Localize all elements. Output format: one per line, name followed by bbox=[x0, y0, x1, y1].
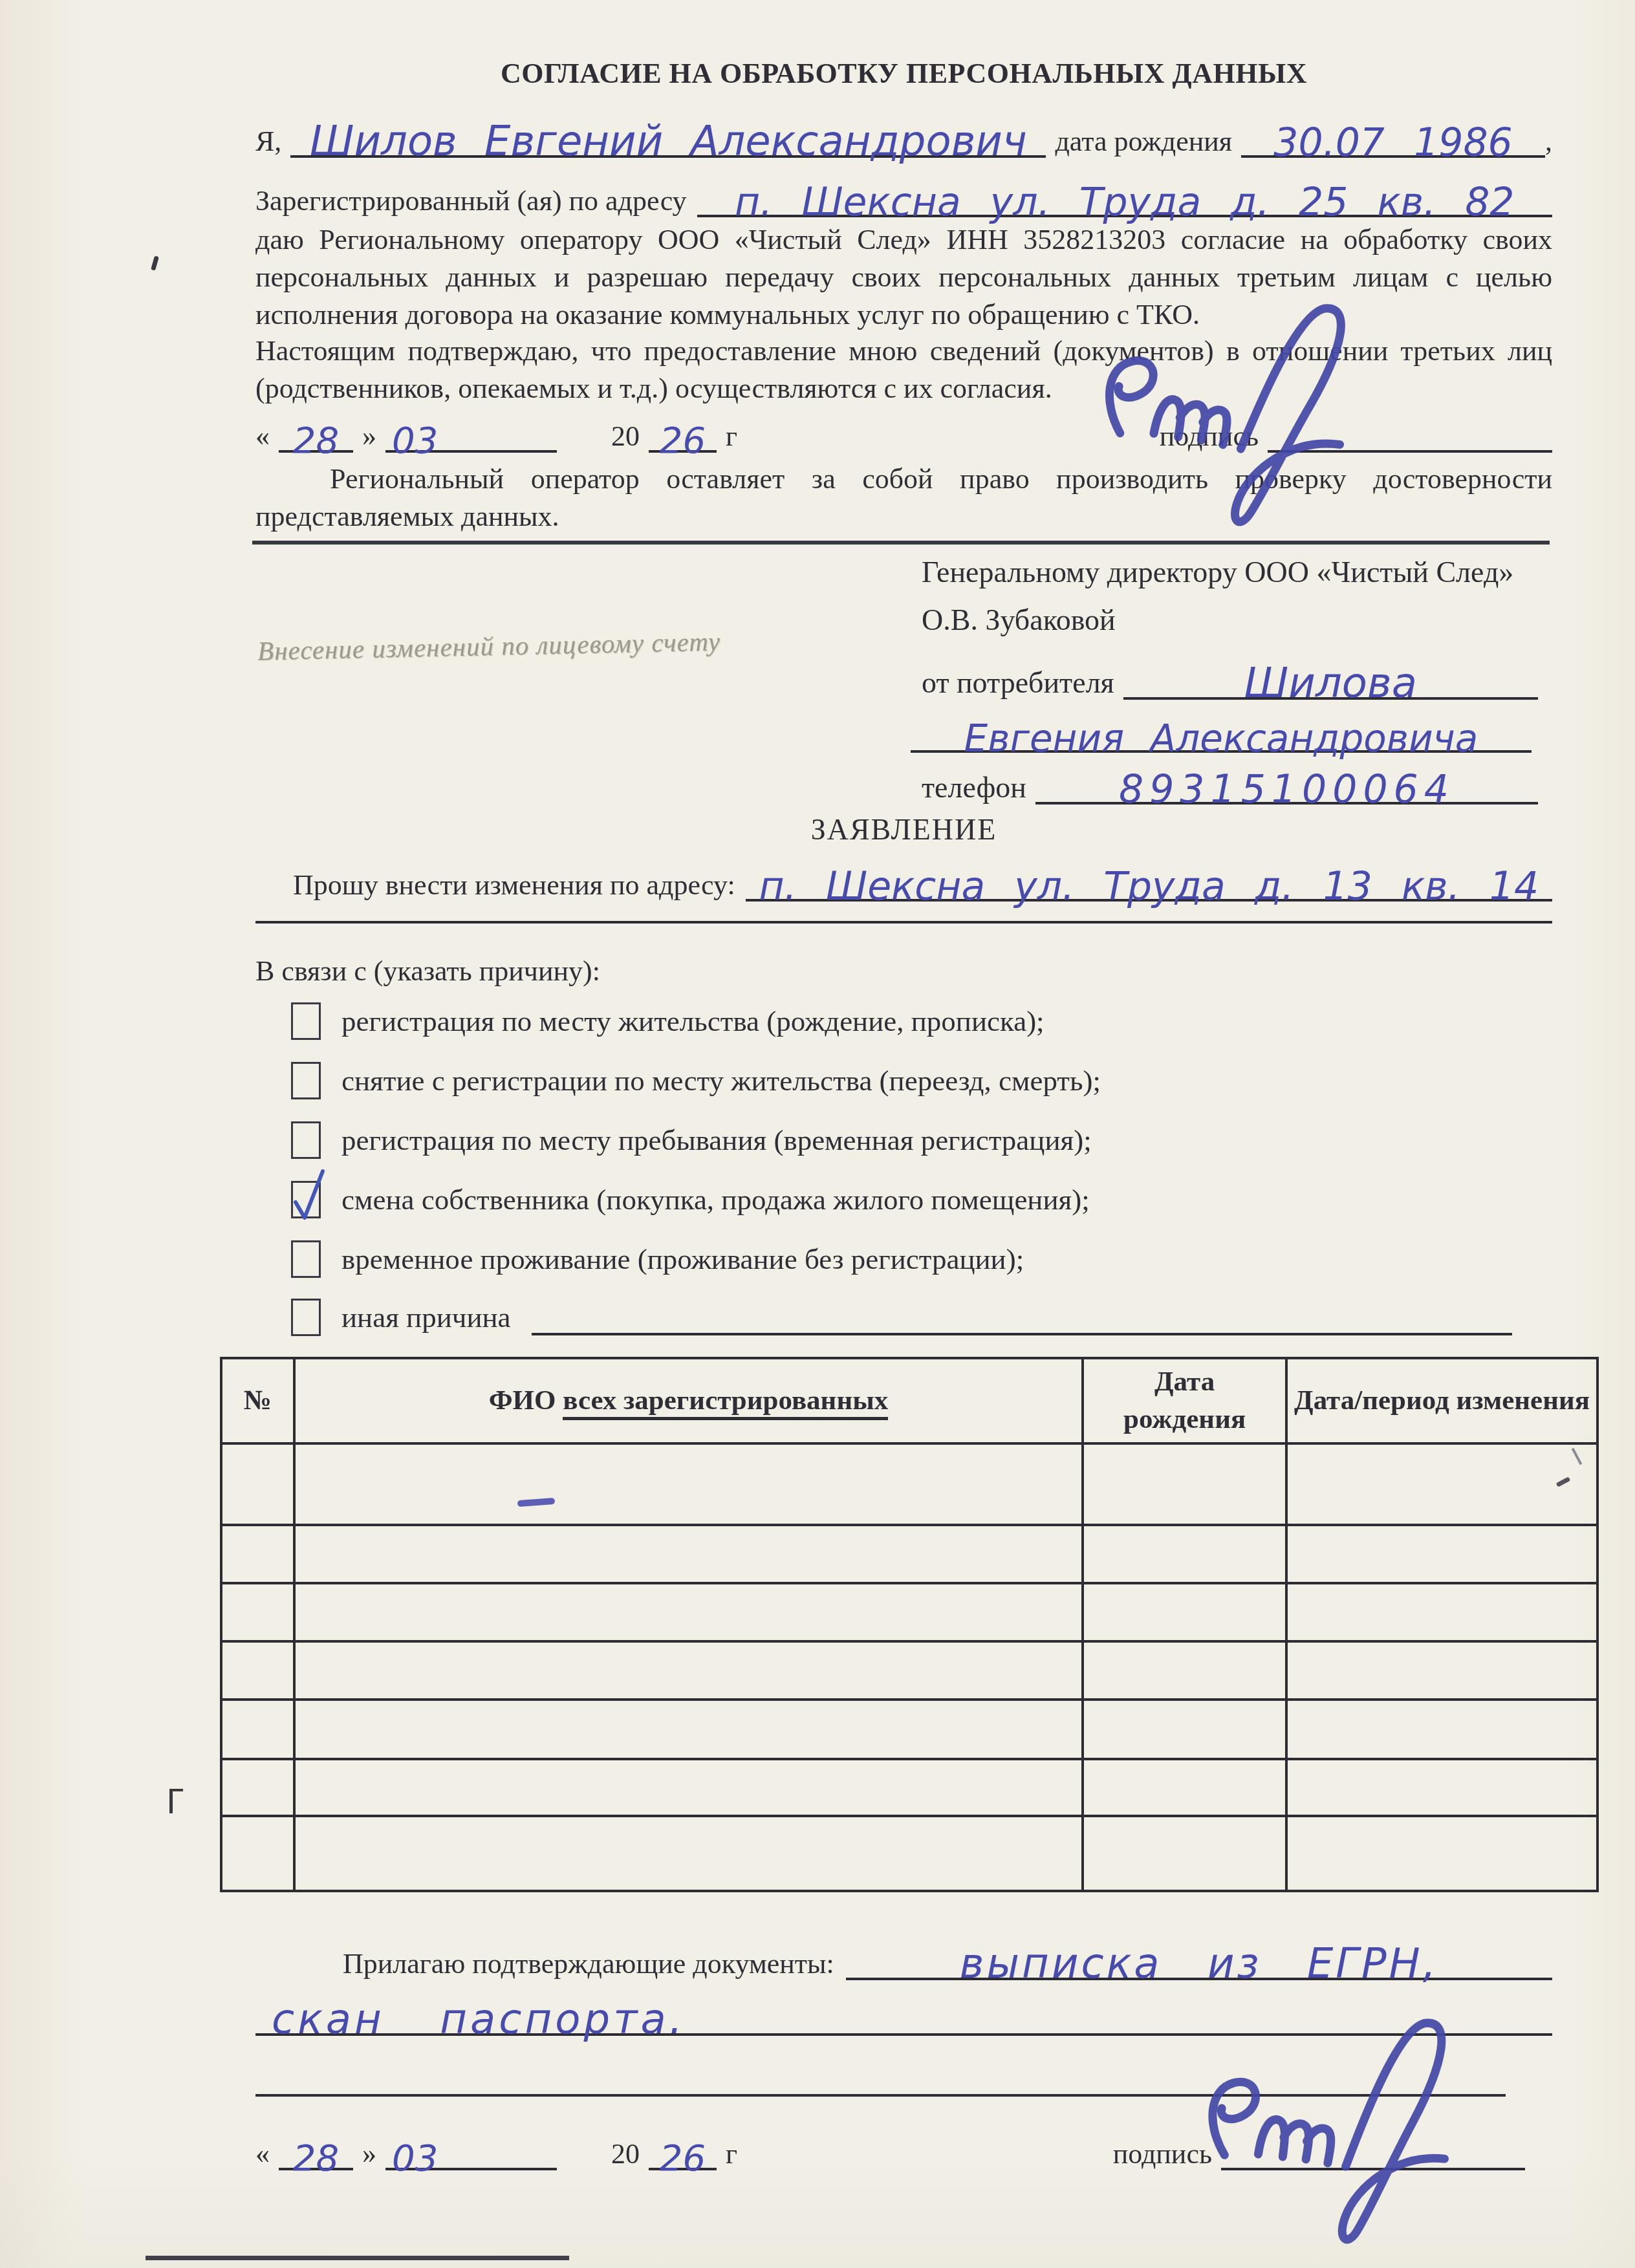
table-row bbox=[221, 1443, 1597, 1525]
from-label: от потребителя bbox=[922, 665, 1114, 700]
table-cell[interactable] bbox=[294, 1816, 1083, 1891]
attachments-row: Прилагаю подтверждающие документы: выпис… bbox=[255, 1927, 1552, 1980]
ink-speck-mark bbox=[151, 255, 159, 270]
page-title: СОГЛАСИЕ НА ОБРАБОТКУ ПЕРСОНАЛЬНЫХ ДАННЫ… bbox=[255, 57, 1552, 90]
checkbox-owner-change[interactable] bbox=[291, 1181, 321, 1218]
request-address-handwriting: п. Шексна ул. Труда д. 13 кв. 14 bbox=[759, 869, 1539, 905]
reason-item-5: временное проживание (проживание без рег… bbox=[291, 1240, 1512, 1278]
col-header-change-period: Дата/период изменения bbox=[1286, 1358, 1597, 1443]
address-label: Зарегистрированный (ая) по адресу bbox=[255, 184, 687, 217]
day-handwriting-bottom: 28 bbox=[293, 2141, 339, 2176]
from-name-row: Евгения Александровича bbox=[911, 701, 1532, 753]
table-cell[interactable] bbox=[294, 1583, 1083, 1641]
account-change-watermark: Внесение изменений по лицевому счету bbox=[257, 626, 721, 667]
checkbox-temporary-registration[interactable] bbox=[291, 1121, 321, 1159]
table-cell[interactable] bbox=[1286, 1700, 1597, 1759]
table-cell[interactable] bbox=[1083, 1641, 1286, 1700]
margin-tick-mark bbox=[169, 1789, 183, 1813]
reason-item-label: временное проживание (проживание без рег… bbox=[341, 1242, 1024, 1276]
year-handwriting-bottom: 26 bbox=[660, 2141, 706, 2176]
table-cell[interactable] bbox=[221, 1700, 294, 1759]
table-row bbox=[221, 1641, 1597, 1700]
month-handwriting-bottom: 03 bbox=[392, 2141, 438, 2176]
reason-item-label: иная причина bbox=[341, 1301, 511, 1334]
phone-row: телефон 89315100064 bbox=[922, 753, 1538, 805]
address-handwriting: п. Шексна ул. Труда д. 25 кв. 82 bbox=[735, 184, 1514, 221]
application-heading: ЗАЯВЛЕНИЕ bbox=[255, 812, 1552, 847]
request-row: Прошу внести изменения по адресу: п. Шек… bbox=[255, 846, 1552, 902]
open-quote: « bbox=[255, 420, 270, 453]
dob-handwriting: 30.07 1986 bbox=[1273, 125, 1513, 162]
reason-label: В связи с (указать причину): bbox=[255, 955, 1552, 988]
checkbox-other-reason[interactable] bbox=[291, 1299, 321, 1336]
table-row bbox=[221, 1816, 1597, 1891]
table-cell[interactable] bbox=[1286, 1443, 1597, 1525]
day-handwriting: 28 bbox=[293, 424, 339, 458]
table-header-row: № ФИО всех зарегистрированных Дата рожде… bbox=[221, 1358, 1597, 1443]
identity-row: Я, Шилов Евгений Александрович дата рожд… bbox=[255, 109, 1552, 158]
reason-item-1: регистрация по месту жительства (рождени… bbox=[291, 1002, 1512, 1040]
year-field[interactable]: 26 bbox=[649, 424, 717, 453]
bottom-date-group: « 28 » 03 20 26 г bbox=[255, 2137, 737, 2170]
request-label: Прошу внести изменения по адресу: bbox=[255, 869, 735, 902]
checkmark-icon bbox=[289, 1166, 328, 1226]
day-field-bottom[interactable]: 28 bbox=[279, 2141, 353, 2170]
reason-item-6: иная причина bbox=[291, 1299, 1512, 1336]
reason-item-label: регистрация по месту пребывания (временн… bbox=[341, 1123, 1092, 1157]
table-cell[interactable] bbox=[294, 1443, 1083, 1525]
attachments-handwriting-2: скан паспорта. bbox=[272, 2000, 686, 2040]
table-cell[interactable] bbox=[294, 1700, 1083, 1759]
reason-item-label: снятие с регистрации по месту жительства… bbox=[341, 1064, 1101, 1097]
reason-item-label: регистрация по месту жительства (рождени… bbox=[341, 1004, 1045, 1038]
day-field[interactable]: 28 bbox=[279, 424, 353, 453]
table-row bbox=[221, 1525, 1597, 1583]
fullname-handwriting: Шилов Евгений Александрович bbox=[310, 122, 1027, 162]
year-prefix: 20 bbox=[611, 420, 640, 453]
trailing-comma: , bbox=[1545, 125, 1552, 158]
attachments-label: Прилагаю подтверждающие документы: bbox=[255, 1947, 834, 1980]
col-header-number: № bbox=[221, 1358, 294, 1443]
signature-ink-bottom bbox=[1158, 1987, 1533, 2264]
request-address-field[interactable]: п. Шексна ул. Труда д. 13 кв. 14 bbox=[746, 869, 1552, 902]
table-cell[interactable] bbox=[294, 1641, 1083, 1700]
checkbox-deregistration[interactable] bbox=[291, 1062, 321, 1099]
table-cell[interactable] bbox=[221, 1641, 294, 1700]
from-surname-field[interactable]: Шилова bbox=[1123, 664, 1538, 700]
dob-label: дата рождения bbox=[1055, 125, 1232, 158]
address-field[interactable]: п. Шексна ул. Труда д. 25 кв. 82 bbox=[697, 184, 1552, 217]
year-field-bottom[interactable]: 26 bbox=[649, 2141, 717, 2170]
col-header-fio: ФИО всех зарегистрированных bbox=[294, 1358, 1083, 1443]
close-quote: » bbox=[362, 420, 376, 453]
table-cell[interactable] bbox=[221, 1759, 294, 1816]
table-cell[interactable] bbox=[221, 1816, 294, 1891]
signature-ink-top bbox=[1050, 263, 1434, 552]
from-name-field[interactable]: Евгения Александровича bbox=[911, 721, 1532, 753]
col-header-birthdate: Дата рождения bbox=[1083, 1358, 1286, 1443]
table-cell[interactable] bbox=[1286, 1759, 1597, 1816]
open-quote: « bbox=[255, 2137, 270, 2170]
table-cell[interactable] bbox=[221, 1443, 294, 1525]
scan-edge-artifact bbox=[146, 2256, 569, 2260]
table-cell[interactable] bbox=[1083, 1583, 1286, 1641]
attachments-handwriting-1: выписка из ЕГРН, bbox=[960, 1945, 1438, 1984]
month-field[interactable]: 03 bbox=[385, 424, 557, 453]
table-cell[interactable] bbox=[1286, 1641, 1597, 1700]
month-handwriting: 03 bbox=[392, 424, 438, 458]
year-prefix-bottom: 20 bbox=[611, 2137, 640, 2170]
table-cell[interactable] bbox=[1083, 1525, 1286, 1583]
table-cell[interactable] bbox=[294, 1525, 1083, 1583]
i-label: Я, bbox=[255, 125, 281, 158]
table-cell[interactable] bbox=[1286, 1816, 1597, 1891]
table-cell[interactable] bbox=[1286, 1583, 1597, 1641]
table-cell[interactable] bbox=[1286, 1525, 1597, 1583]
table-row bbox=[221, 1583, 1597, 1641]
registered-persons-table: № ФИО всех зарегистрированных Дата рожде… bbox=[220, 1357, 1599, 1892]
table-row bbox=[221, 1700, 1597, 1759]
phone-field[interactable]: 89315100064 bbox=[1035, 772, 1538, 805]
fio-prefix: ФИО bbox=[489, 1385, 556, 1416]
table-cell[interactable] bbox=[1083, 1700, 1286, 1759]
reason-item-label: смена собственника (покупка, продажа жил… bbox=[341, 1183, 1090, 1216]
from-name-handwriting: Евгения Александровича bbox=[964, 721, 1478, 757]
other-reason-field[interactable] bbox=[532, 1299, 1512, 1335]
fio-underlined: всех зарегистрированных bbox=[563, 1385, 888, 1420]
attachments-field[interactable]: выписка из ЕГРН, bbox=[846, 1945, 1552, 1980]
year-handwriting: 26 bbox=[660, 424, 706, 458]
from-surname-handwriting: Шилова bbox=[1244, 664, 1417, 704]
request-address-field-line2[interactable] bbox=[255, 921, 1552, 923]
table-cell[interactable] bbox=[1083, 1816, 1286, 1891]
top-date-group: « 28 » 03 20 26 г bbox=[255, 420, 737, 453]
year-suffix-bottom: г bbox=[726, 2137, 737, 2170]
checkbox-registration-residence[interactable] bbox=[291, 1002, 321, 1040]
reason-item-2: снятие с регистрации по месту жительства… bbox=[291, 1062, 1512, 1099]
table-row bbox=[221, 1759, 1597, 1816]
table-cell[interactable] bbox=[1083, 1759, 1286, 1816]
phone-handwriting: 89315100064 bbox=[1119, 772, 1455, 808]
fullname-field[interactable]: Шилов Евгений Александрович bbox=[290, 122, 1046, 158]
year-suffix: г bbox=[726, 420, 737, 453]
director-line-2: О.В. Зубаковой bbox=[922, 603, 1552, 637]
reason-item-3: регистрация по месту пребывания (временн… bbox=[291, 1121, 1512, 1159]
scanned-form-page: СОГЛАСИЕ НА ОБРАБОТКУ ПЕРСОНАЛЬНЫХ ДАННЫ… bbox=[0, 0, 1635, 2268]
table-cell[interactable] bbox=[221, 1525, 294, 1583]
reason-item-4: смена собственника (покупка, продажа жил… bbox=[291, 1181, 1512, 1218]
month-field-bottom[interactable]: 03 bbox=[385, 2141, 557, 2170]
checkbox-temporary-living[interactable] bbox=[291, 1240, 321, 1278]
close-quote: » bbox=[362, 2137, 376, 2170]
table-cell[interactable] bbox=[294, 1759, 1083, 1816]
from-consumer-row: от потребителя Шилова bbox=[922, 648, 1538, 700]
table-cell[interactable] bbox=[221, 1583, 294, 1641]
dob-field[interactable]: 30.07 1986 bbox=[1241, 125, 1545, 158]
director-line-1: Генеральному директору ООО «Чистый След» bbox=[922, 555, 1552, 589]
phone-label: телефон bbox=[922, 770, 1026, 805]
table-cell[interactable] bbox=[1083, 1443, 1286, 1525]
registered-address-row: Зарегистрированный (ая) по адресу п. Шек… bbox=[255, 168, 1552, 217]
